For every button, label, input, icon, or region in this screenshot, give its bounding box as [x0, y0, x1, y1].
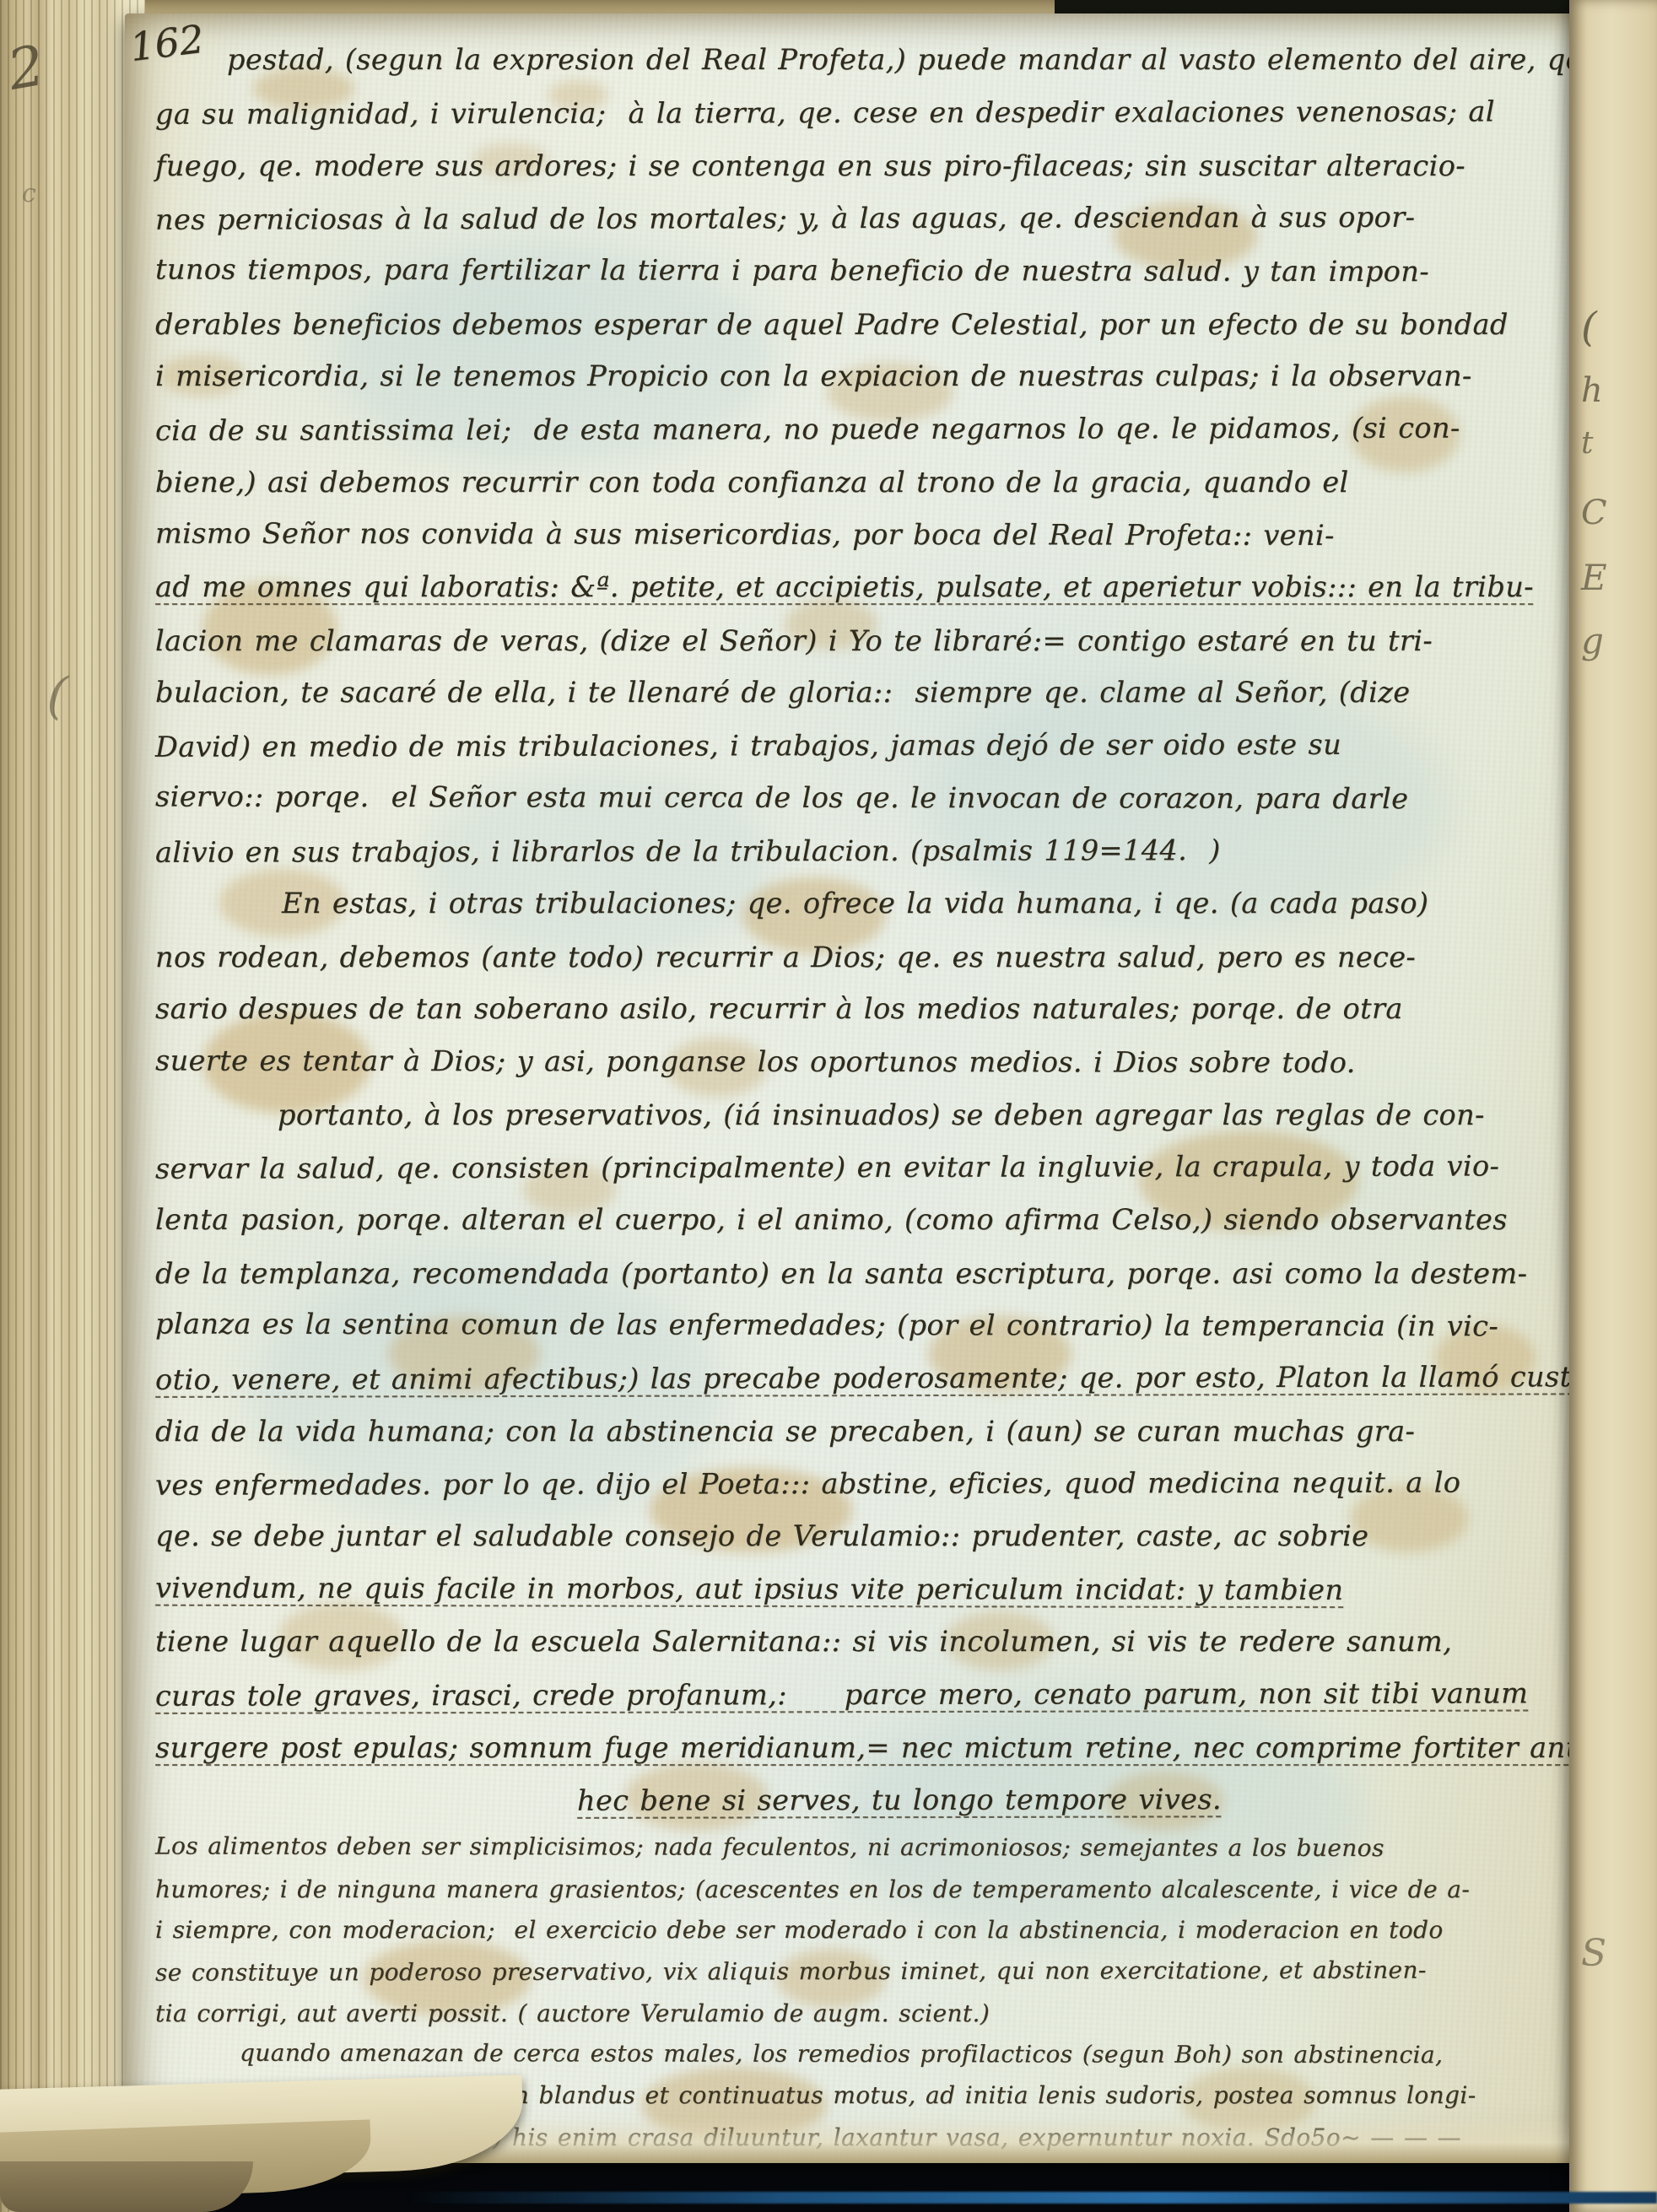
facing-page-ink-mark: t — [1581, 426, 1593, 461]
manuscript-line: siervo:: porqe. el Señor esta mui cerca … — [155, 771, 1584, 826]
facing-page-edge: (htCEgS — [1569, 0, 1657, 2212]
manuscript-line: i siempre, con moderacion; el exercicio … — [155, 1909, 1584, 1950]
manuscript-line: dia de la vida humana; con la abstinenci… — [155, 1405, 1584, 1459]
manuscript-line: i misericordia, si le tenemos Propicio c… — [155, 350, 1584, 403]
manuscript-line: lacion me clamaras de veras, (dize el Se… — [155, 615, 1584, 668]
manuscript-line: portanto, à los preservativos, (iá insin… — [155, 1089, 1584, 1142]
facing-page-ink-mark: S — [1581, 1932, 1606, 1975]
facing-page-ink-mark: g — [1581, 620, 1604, 661]
manuscript-line: tiene lugar aquello de la escuela Salern… — [155, 1616, 1584, 1669]
manuscript-line: ga su malignidad, i virulencia; à la tie… — [155, 85, 1584, 141]
manuscript-line: ves enfermedades. por lo qe. dijo el Poe… — [155, 1456, 1584, 1512]
manuscript-line: nos rodean, debemos (ante todo) recurrir… — [155, 931, 1584, 985]
manuscript-line: tunos tiempos, para fertilizar la tierra… — [155, 244, 1584, 299]
manuscript-page: 162 pestad, (segun la expresion del Real… — [125, 13, 1584, 2163]
manuscript-line: planza es la sentina comun de las enferm… — [155, 1298, 1584, 1353]
manuscript-line: bulacion, te sacaré de ella, i te llenar… — [155, 666, 1584, 720]
manuscript-line: sario despues de tan soberano asilo, rec… — [155, 983, 1584, 1036]
manuscript-line: David) en medio de mis tribulaciones, i … — [155, 718, 1584, 774]
manuscript-line: humores; i de ninguna manera grasientos;… — [155, 1869, 1584, 1910]
page-curl-edge — [0, 2161, 253, 2212]
manuscript-line: tia corrigi, aut averti possit. ( auctor… — [155, 1993, 1584, 2034]
photo-background: 162 pestad, (segun la expresion del Real… — [0, 0, 1657, 2212]
manuscript-line: derables beneficios debemos esperar de a… — [155, 299, 1584, 352]
manuscript-line: fuego, qe. modere sus ardores; i se cont… — [155, 140, 1584, 193]
manuscript-line: mismo Señor nos convida à sus misericord… — [155, 507, 1584, 562]
manuscript-line: servar la salud, qe. consisten (principa… — [155, 1140, 1584, 1195]
manuscript-text: pestad, (segun la expresion del Real Pro… — [155, 34, 1584, 2157]
manuscript-line: lenta pasion, porqe. alteran el cuerpo, … — [155, 1194, 1584, 1247]
manuscript-line: cia de su santissima lei; de esta manera… — [155, 402, 1584, 457]
book-gutter-left — [0, 0, 145, 2212]
manuscript-line: ad me omnes qui laboratis: &ª. petite, e… — [155, 561, 1584, 614]
manuscript-line: hec bene si serves, tu longo tempore viv… — [155, 1772, 1584, 1828]
manuscript-line: vivendum, ne quis facile in morbos, aut … — [155, 1562, 1584, 1616]
prev-page-ink-mark: c — [22, 179, 36, 208]
manuscript-line: qe. se debe juntar el saludable consejo … — [155, 1510, 1584, 1563]
prev-page-ink-mark: ( — [46, 666, 69, 726]
manuscript-line: biene,) asi debemos recurrir con toda co… — [155, 456, 1584, 510]
facing-page-ink-mark: C — [1581, 494, 1607, 532]
manuscript-line: curas tole graves, irasci, crede profanu… — [155, 1667, 1584, 1723]
facing-page-ink-mark: E — [1581, 557, 1607, 598]
facing-page-ink-mark: ( — [1581, 304, 1597, 351]
manuscript-line: de la templanza, recomendada (portanto) … — [155, 1248, 1584, 1301]
manuscript-line: surgere post epulas; somnum fuge meridia… — [155, 1722, 1584, 1775]
manuscript-line: En estas, i otras tribulaciones; qe. ofr… — [155, 877, 1584, 931]
manuscript-line: se constituye un poderoso preservativo, … — [155, 1949, 1584, 1993]
manuscript-line: Los alimentos deben ser simplicisimos; n… — [155, 1826, 1584, 1869]
manuscript-line: quando amenazan de cerca estos males, lo… — [155, 2032, 1584, 2076]
manuscript-line: nes perniciosas à la salud de los mortal… — [155, 191, 1584, 246]
manuscript-line: pestad, (segun la expresion del Real Pro… — [155, 34, 1584, 87]
manuscript-line: alivio en sus trabajos, i librarlos de l… — [155, 823, 1584, 879]
manuscript-line: otio, venere, et animi afectibus;) las p… — [155, 1351, 1584, 1406]
table-surface-reflection — [405, 2192, 1657, 2204]
facing-page-ink-mark: h — [1581, 371, 1603, 410]
manuscript-line: suerte es tentar à Dios; y asi, ponganse… — [155, 1034, 1584, 1089]
